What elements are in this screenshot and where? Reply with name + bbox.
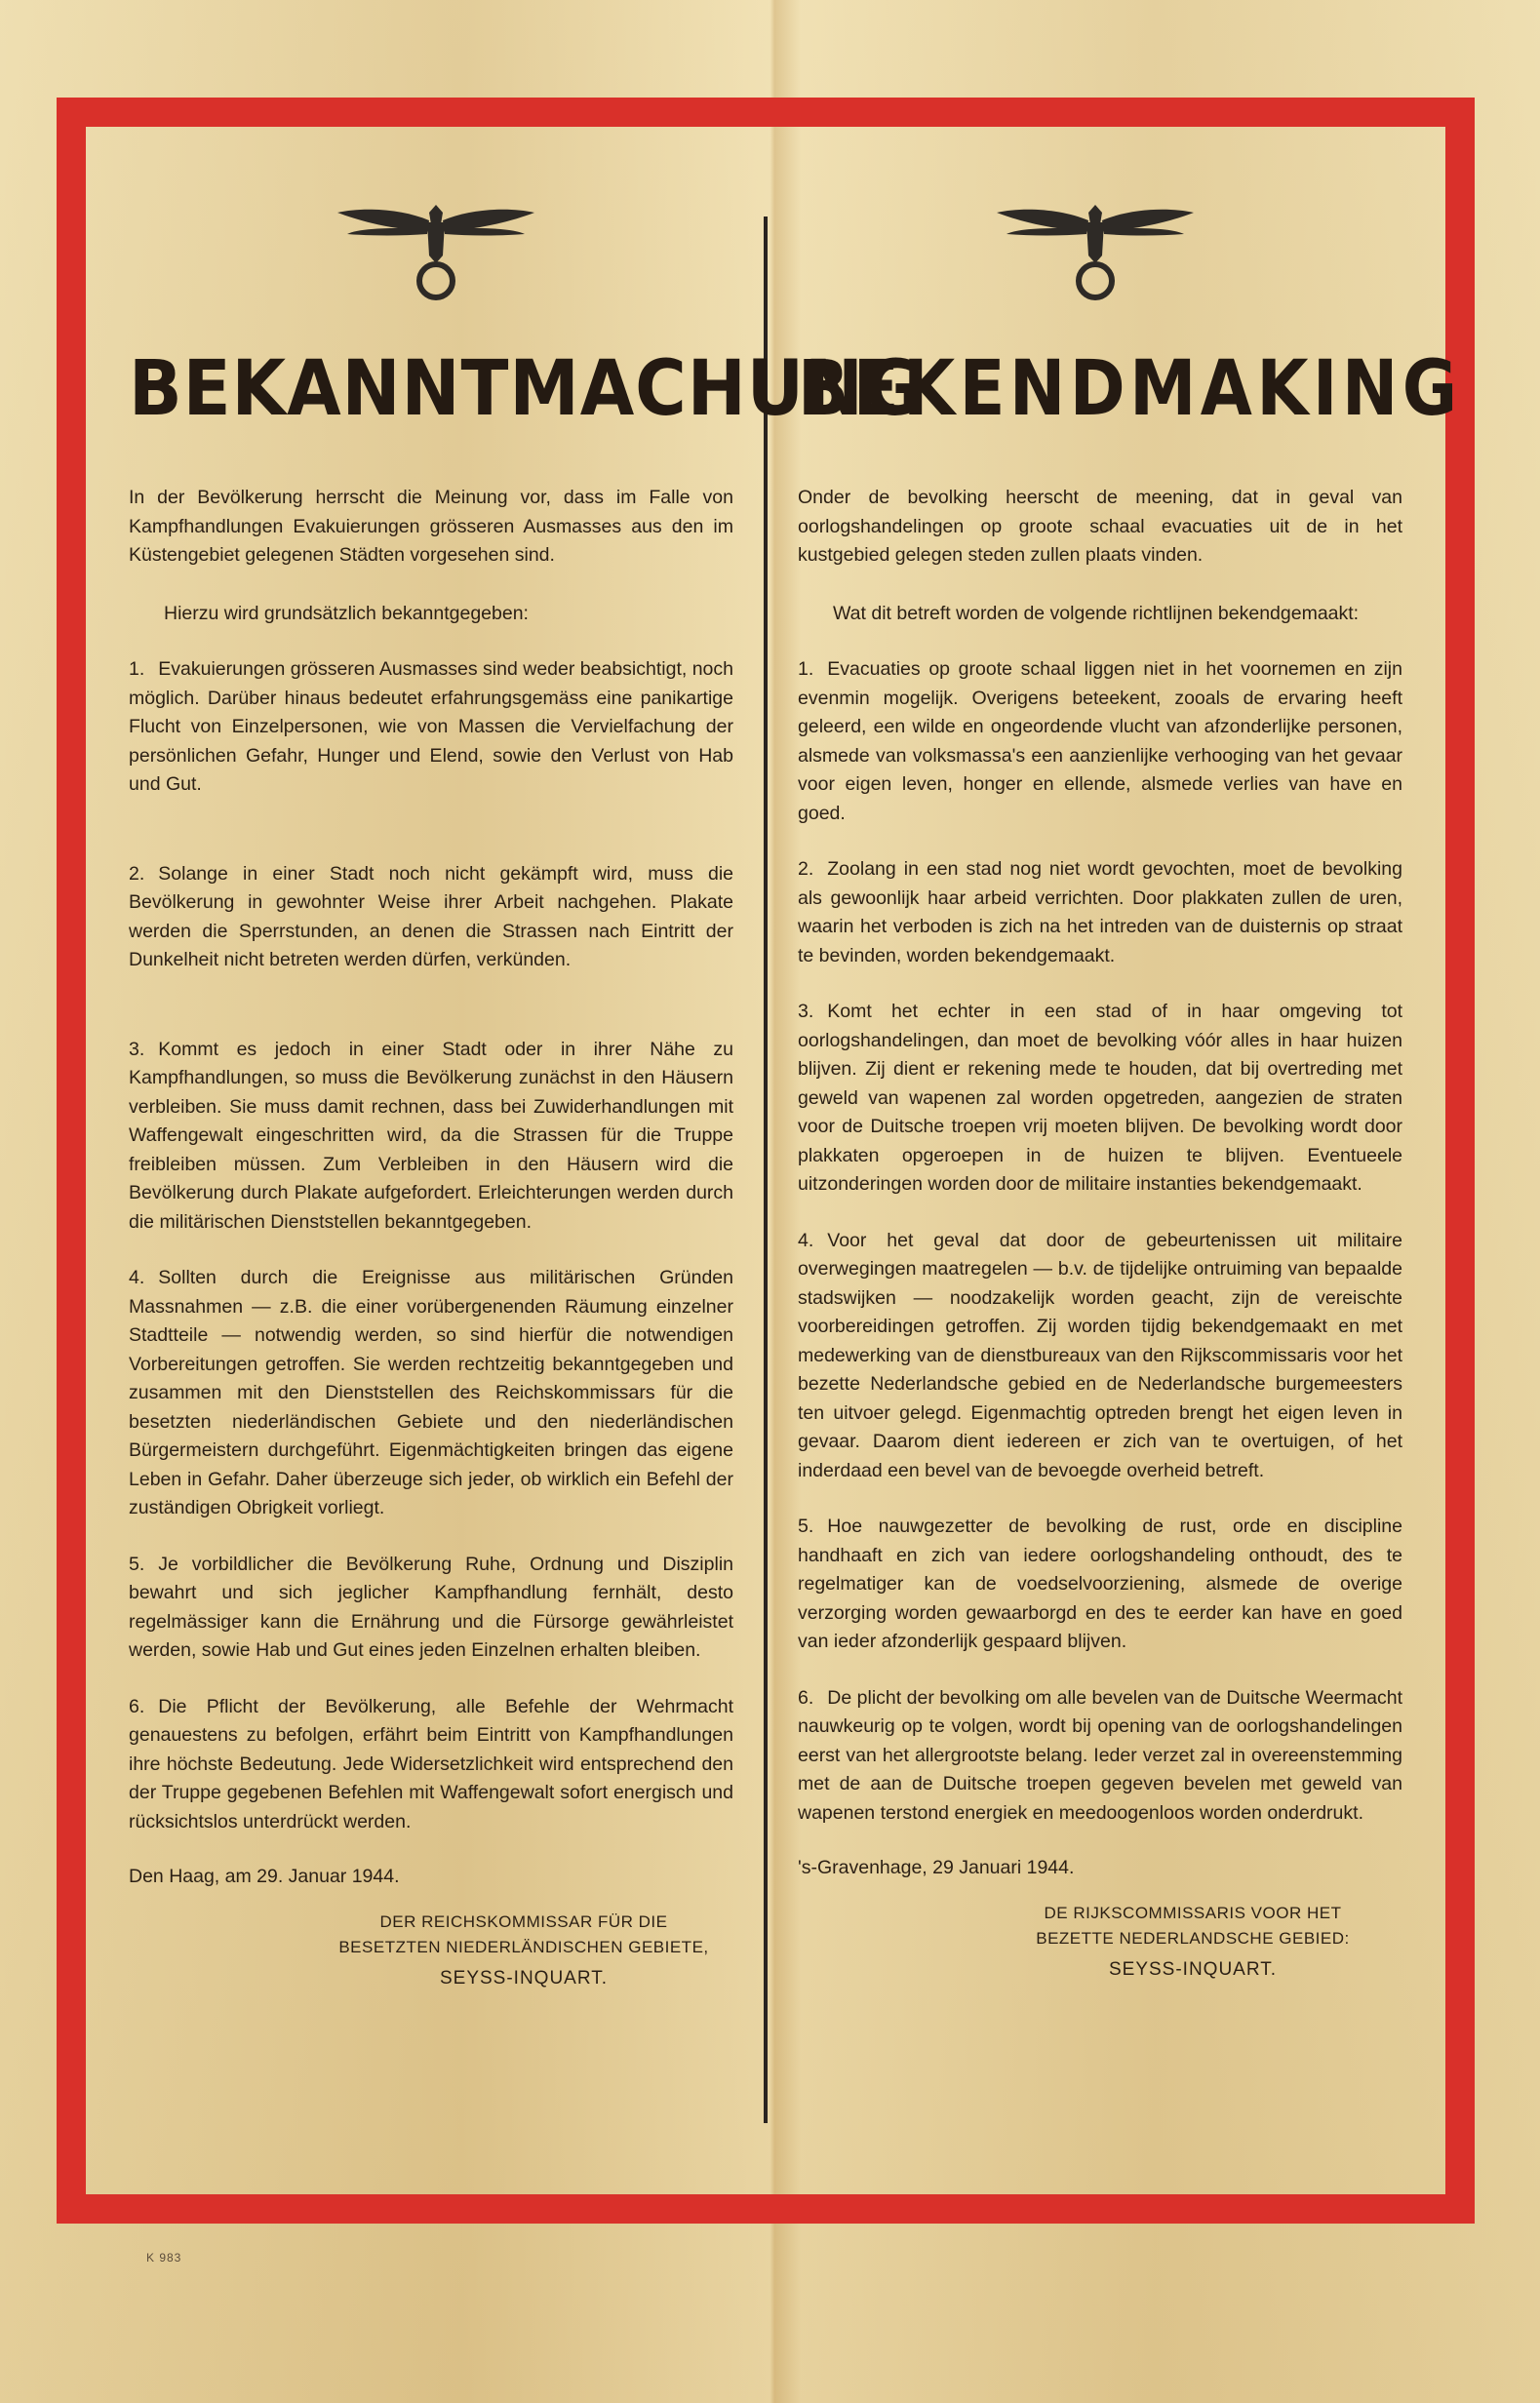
paragraph-number: 5. — [129, 1554, 144, 1575]
numbered-paragraph: 1.Evacuaties op groote schaal liggen nie… — [798, 655, 1402, 828]
paragraph-number: 4. — [129, 1267, 144, 1288]
paragraph-text: Sollten durch die Ereignisse aus militär… — [129, 1267, 733, 1518]
paragraph-text: Kommt es jedoch in einer Stadt oder in i… — [129, 1039, 733, 1233]
paragraph-text: Komt het echter in een stad of in haar o… — [798, 1001, 1402, 1195]
numbered-paragraph: 6.Die Pflicht der Bevölkerung, alle Befe… — [129, 1693, 733, 1837]
eagle-emblem-icon — [993, 195, 1198, 302]
paragraph-text: De plicht der bevolking om alle bevelen … — [798, 1687, 1402, 1824]
signature-name: SEYSS-INQUART. — [983, 1957, 1402, 1983]
paragraph-number: 3. — [798, 1001, 813, 1022]
paragraph-number: 2. — [129, 863, 144, 885]
paragraph-text: Evacuaties op groote schaal liggen niet … — [798, 658, 1402, 824]
numbered-paragraph: 4.Sollten durch die Ereignisse aus milit… — [129, 1264, 733, 1523]
date-line: Den Haag, am 29. Januar 1944. — [129, 1866, 733, 1888]
column-divider — [764, 217, 768, 2123]
paragraph-text: Je vorbildlicher die Bevölkerung Ruhe, O… — [129, 1554, 733, 1662]
numbered-paragraph: 2.Solange in einer Stadt noch nicht gekä… — [129, 860, 733, 975]
paragraph-number: 5. — [798, 1516, 813, 1537]
numbered-paragraph: 5.Hoe nauwgezetter de bevolking de rust,… — [798, 1513, 1402, 1657]
paragraph-number: 1. — [798, 658, 813, 680]
numbered-paragraph: 3.Kommt es jedoch in einer Stadt oder in… — [129, 1036, 733, 1238]
signature-block: DER REICHSKOMMISSAR FÜR DIE BESETZTEN NI… — [314, 1910, 733, 1991]
paragraph-number: 3. — [129, 1039, 144, 1060]
paragraph-text: Die Pflicht der Bevölkerung, alle Befehl… — [129, 1696, 733, 1832]
german-column: BEKANNTMACHUNG In der Bevölkerung herrsc… — [129, 195, 733, 1991]
paragraph-number: 1. — [129, 658, 144, 680]
paragraph-number: 6. — [798, 1687, 813, 1709]
signature-block: DE RIJKSCOMMISSARIS VOOR HET BEZETTE NED… — [983, 1901, 1402, 1983]
signature-title-line-2: BESETZTEN NIEDERLÄNDISCHEN GEBIETE, — [338, 1938, 708, 1956]
signature-name: SEYSS-INQUART. — [314, 1966, 733, 1991]
paragraph-number: 6. — [129, 1696, 144, 1717]
eagle-emblem-icon — [334, 195, 538, 302]
paragraph-text: Evakuierungen grösseren Ausmasses sind w… — [129, 658, 733, 795]
print-mark: K 983 — [146, 2251, 181, 2265]
numbered-paragraph: 5.Je vorbildlicher die Bevölkerung Ruhe,… — [129, 1551, 733, 1666]
date-line: 's-Gravenhage, 29 Januari 1944. — [798, 1857, 1402, 1879]
numbered-paragraph: 1.Evakuierungen grösseren Ausmasses sind… — [129, 655, 733, 800]
signature-title-line-1: DE RIJKSCOMMISSARIS VOOR HET — [1045, 1904, 1342, 1922]
paragraph-number: 2. — [798, 858, 813, 880]
numbered-paragraph: 2.Zoolang in een stad nog niet wordt gev… — [798, 855, 1402, 970]
lead-line: Hierzu wird grundsätzlich bekanntgegeben… — [129, 600, 733, 629]
paragraph-number: 4. — [798, 1230, 813, 1251]
paragraph-text: Hoe nauwgezetter de bevolking de rust, o… — [798, 1516, 1402, 1652]
numbered-paragraph: 4.Voor het geval dat door de gebeurtenis… — [798, 1227, 1402, 1486]
signature-title-line-1: DER REICHSKOMMISSAR FÜR DIE — [380, 1912, 668, 1931]
numbered-paragraph: 3.Komt het echter in een stad of in haar… — [798, 998, 1402, 1200]
page-title: BEKANNTMACHUNG — [129, 351, 685, 427]
signature-title-line-2: BEZETTE NEDERLANDSCHE GEBIED: — [1036, 1929, 1350, 1948]
lead-line: Wat dit betreft worden de volgende richt… — [798, 600, 1402, 629]
page-title: BEKENDMAKING — [798, 351, 1330, 427]
paragraph-text: Voor het geval dat door de gebeurtenisse… — [798, 1230, 1402, 1481]
intro-paragraph: Onder de bevolking heerscht de meening, … — [798, 484, 1402, 571]
dutch-column: BEKENDMAKING Onder de bevolking heerscht… — [798, 195, 1402, 1983]
numbered-paragraph: 6.De plicht der bevolking om alle bevele… — [798, 1684, 1402, 1829]
paragraph-text: Solange in einer Stadt noch nicht gekämp… — [129, 863, 733, 971]
intro-paragraph: In der Bevölkerung herrscht die Meinung … — [129, 484, 733, 571]
paragraph-text: Zoolang in een stad nog niet wordt gevoc… — [798, 858, 1402, 966]
